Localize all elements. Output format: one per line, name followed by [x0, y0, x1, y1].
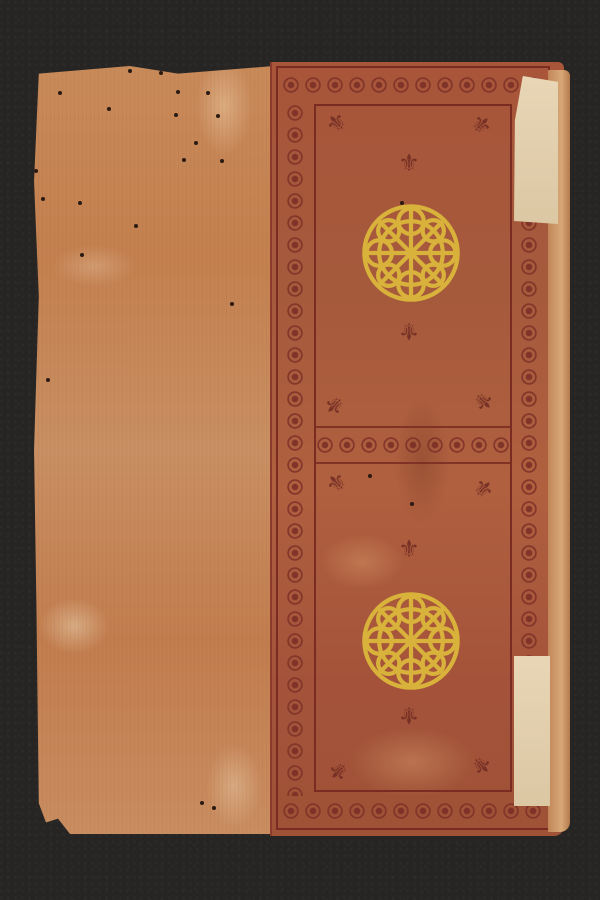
wormhole [80, 253, 84, 257]
fleuron-icon: ⚜ [396, 318, 422, 344]
paper-repair-top [514, 76, 558, 224]
wormhole [128, 69, 132, 73]
wormhole [220, 159, 224, 163]
wormhole [230, 302, 234, 306]
wormhole [200, 801, 204, 805]
wormhole [368, 474, 372, 478]
gilt-medallion-upper-icon [358, 200, 464, 306]
wormhole [58, 91, 62, 95]
wormhole [107, 107, 111, 111]
wormhole [26, 234, 30, 238]
wormhole [176, 90, 180, 94]
left-wooden-board [34, 66, 274, 834]
book-cover: ⚜ ⚜ ⚜ ⚜ ⚜ ⚜ ⚜ ⚜ ⚜ ⚜ ⚜ ⚜ [34, 62, 570, 836]
wormhole [194, 141, 198, 145]
wormhole [400, 201, 404, 205]
wormhole [410, 502, 414, 506]
wormhole [46, 378, 50, 382]
wormhole [182, 158, 186, 162]
wormhole [78, 201, 82, 205]
gilt-medallion-lower-icon [358, 588, 464, 694]
wormhole [159, 71, 163, 75]
fleuron-icon: ⚜ [396, 150, 422, 176]
paper-repair-bottom [514, 656, 550, 806]
wormhole [134, 224, 138, 228]
wormhole [174, 113, 178, 117]
wormhole [34, 169, 38, 173]
fleuron-icon: ⚜ [396, 536, 422, 562]
wormhole [216, 114, 220, 118]
fleuron-icon: ⚜ [396, 702, 422, 728]
wormhole [41, 197, 45, 201]
wormhole [212, 806, 216, 810]
wormhole [206, 91, 210, 95]
middle-floral-band [314, 426, 512, 464]
photo-scene: ⚜ ⚜ ⚜ ⚜ ⚜ ⚜ ⚜ ⚜ ⚜ ⚜ ⚜ ⚜ [0, 0, 600, 900]
